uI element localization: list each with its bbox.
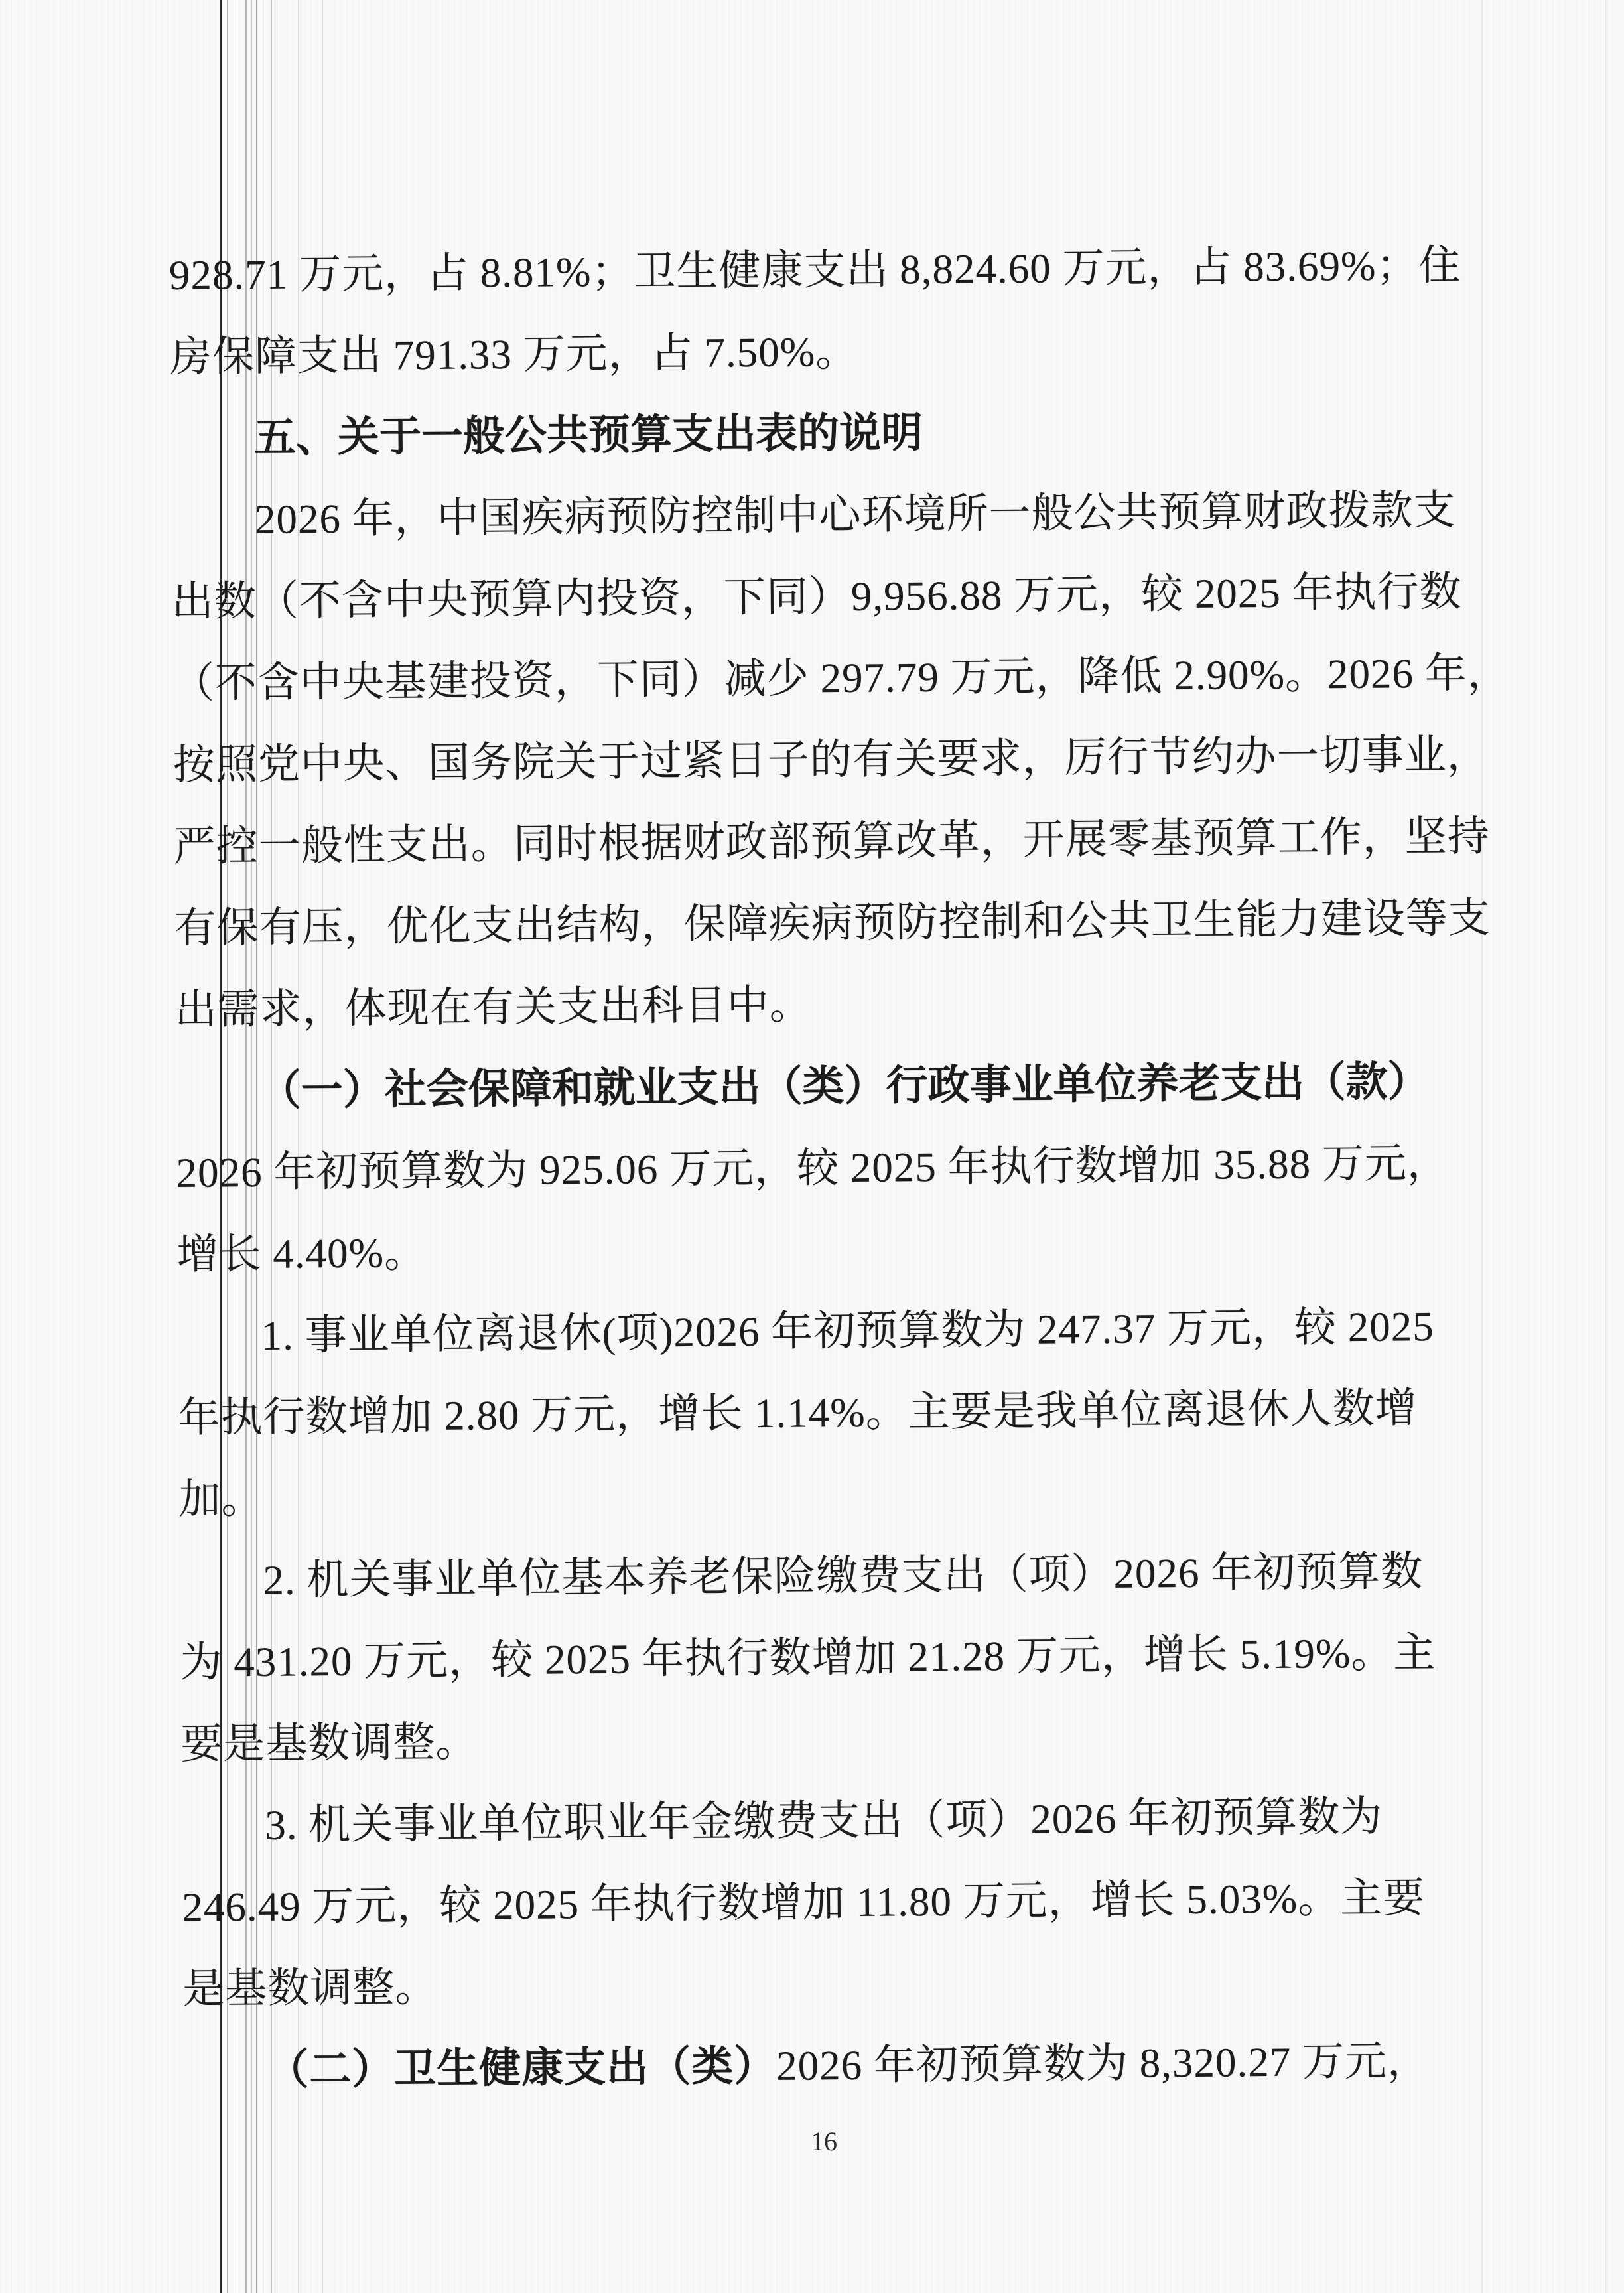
text-line: 严控一般性支出。同时根据财政部预算改革，开展零基预算工作，坚持: [173, 796, 1491, 888]
text-line: 2. 机关事业单位基本养老保险缴费支出（项）2026 年初预算数: [179, 1530, 1497, 1622]
subsection-heading-1: （一）社会保障和就业支出（类）行政事业单位养老支出（款）: [175, 1040, 1493, 1133]
text-line: 928.71 万元，占 8.81%；卫生健康支出 8,824.60 万元，占 8…: [169, 224, 1487, 316]
text-line: 是基数调整。: [182, 1938, 1500, 2030]
scan-streak-left-edge: [15, 0, 15, 2293]
text-line-continuation: 2026 年初预算数为 8,320.27 万元，: [776, 2038, 1430, 2089]
text-line: 2026 年初预算数为 925.06 万元，较 2025 年执行数增加 35.8…: [176, 1122, 1493, 1214]
text-line: 246.49 万元，较 2025 年执行数增加 11.80 万元，增长 5.03…: [182, 1856, 1499, 1949]
body-text: 928.71 万元，占 8.81%；卫生健康支出 8,824.60 万元，占 8…: [169, 224, 1501, 2112]
text-line: 年执行数增加 2.80 万元，增长 1.14%。主要是我单位离退休人数增: [178, 1367, 1495, 1459]
text-line: 按照党中央、国务院关于过紧日子的有关要求，厉行节约办一切事业，: [172, 714, 1490, 806]
text-line: 出数（不含中央预算内投资，下同）9,956.88 万元，较 2025 年执行数: [171, 551, 1489, 643]
text-line: 加。: [178, 1448, 1496, 1541]
text-line: 有保有压，优化支出结构，保障疾病预防控制和公共卫生能力建设等支: [174, 877, 1491, 969]
text-line: 要是基数调整。: [180, 1693, 1498, 1785]
document-page: 928.71 万元，占 8.81%；卫生健康支出 8,824.60 万元，占 8…: [0, 0, 1624, 2293]
text-line: 为 431.20 万元，较 2025 年执行数增加 21.28 万元，增长 5.…: [180, 1612, 1497, 1704]
text-line: 增长 4.40%。: [176, 1204, 1494, 1296]
scan-streak: [1605, 0, 1606, 2293]
text-line: 出需求，体现在有关支出科目中。: [174, 959, 1492, 1051]
text-line: （不含中央基建投资，下同）减少 297.79 万元，降低 2.90%。2026 …: [172, 632, 1489, 725]
text-line: 1. 事业单位离退休(项)2026 年初预算数为 247.37 万元，较 202…: [177, 1285, 1495, 1377]
text-line: 3. 机关事业单位职业年金缴费支出（项）2026 年初预算数为: [181, 1775, 1499, 1867]
text-line: 房保障支出 791.33 万元，占 7.50%。: [169, 306, 1487, 398]
text-line: （二）卫生健康支出（类）2026 年初预算数为 8,320.27 万元，: [183, 2020, 1501, 2112]
page-number: 16: [12, 2122, 1624, 2162]
subsection-heading-2: （二）卫生健康支出（类）: [267, 2043, 777, 2093]
text-line: 2026 年，中国疾病预防控制中心环境所一般公共预算财政拨款支: [170, 469, 1488, 561]
section-heading-5: 五、关于一般公共预算支出表的说明: [170, 387, 1487, 480]
